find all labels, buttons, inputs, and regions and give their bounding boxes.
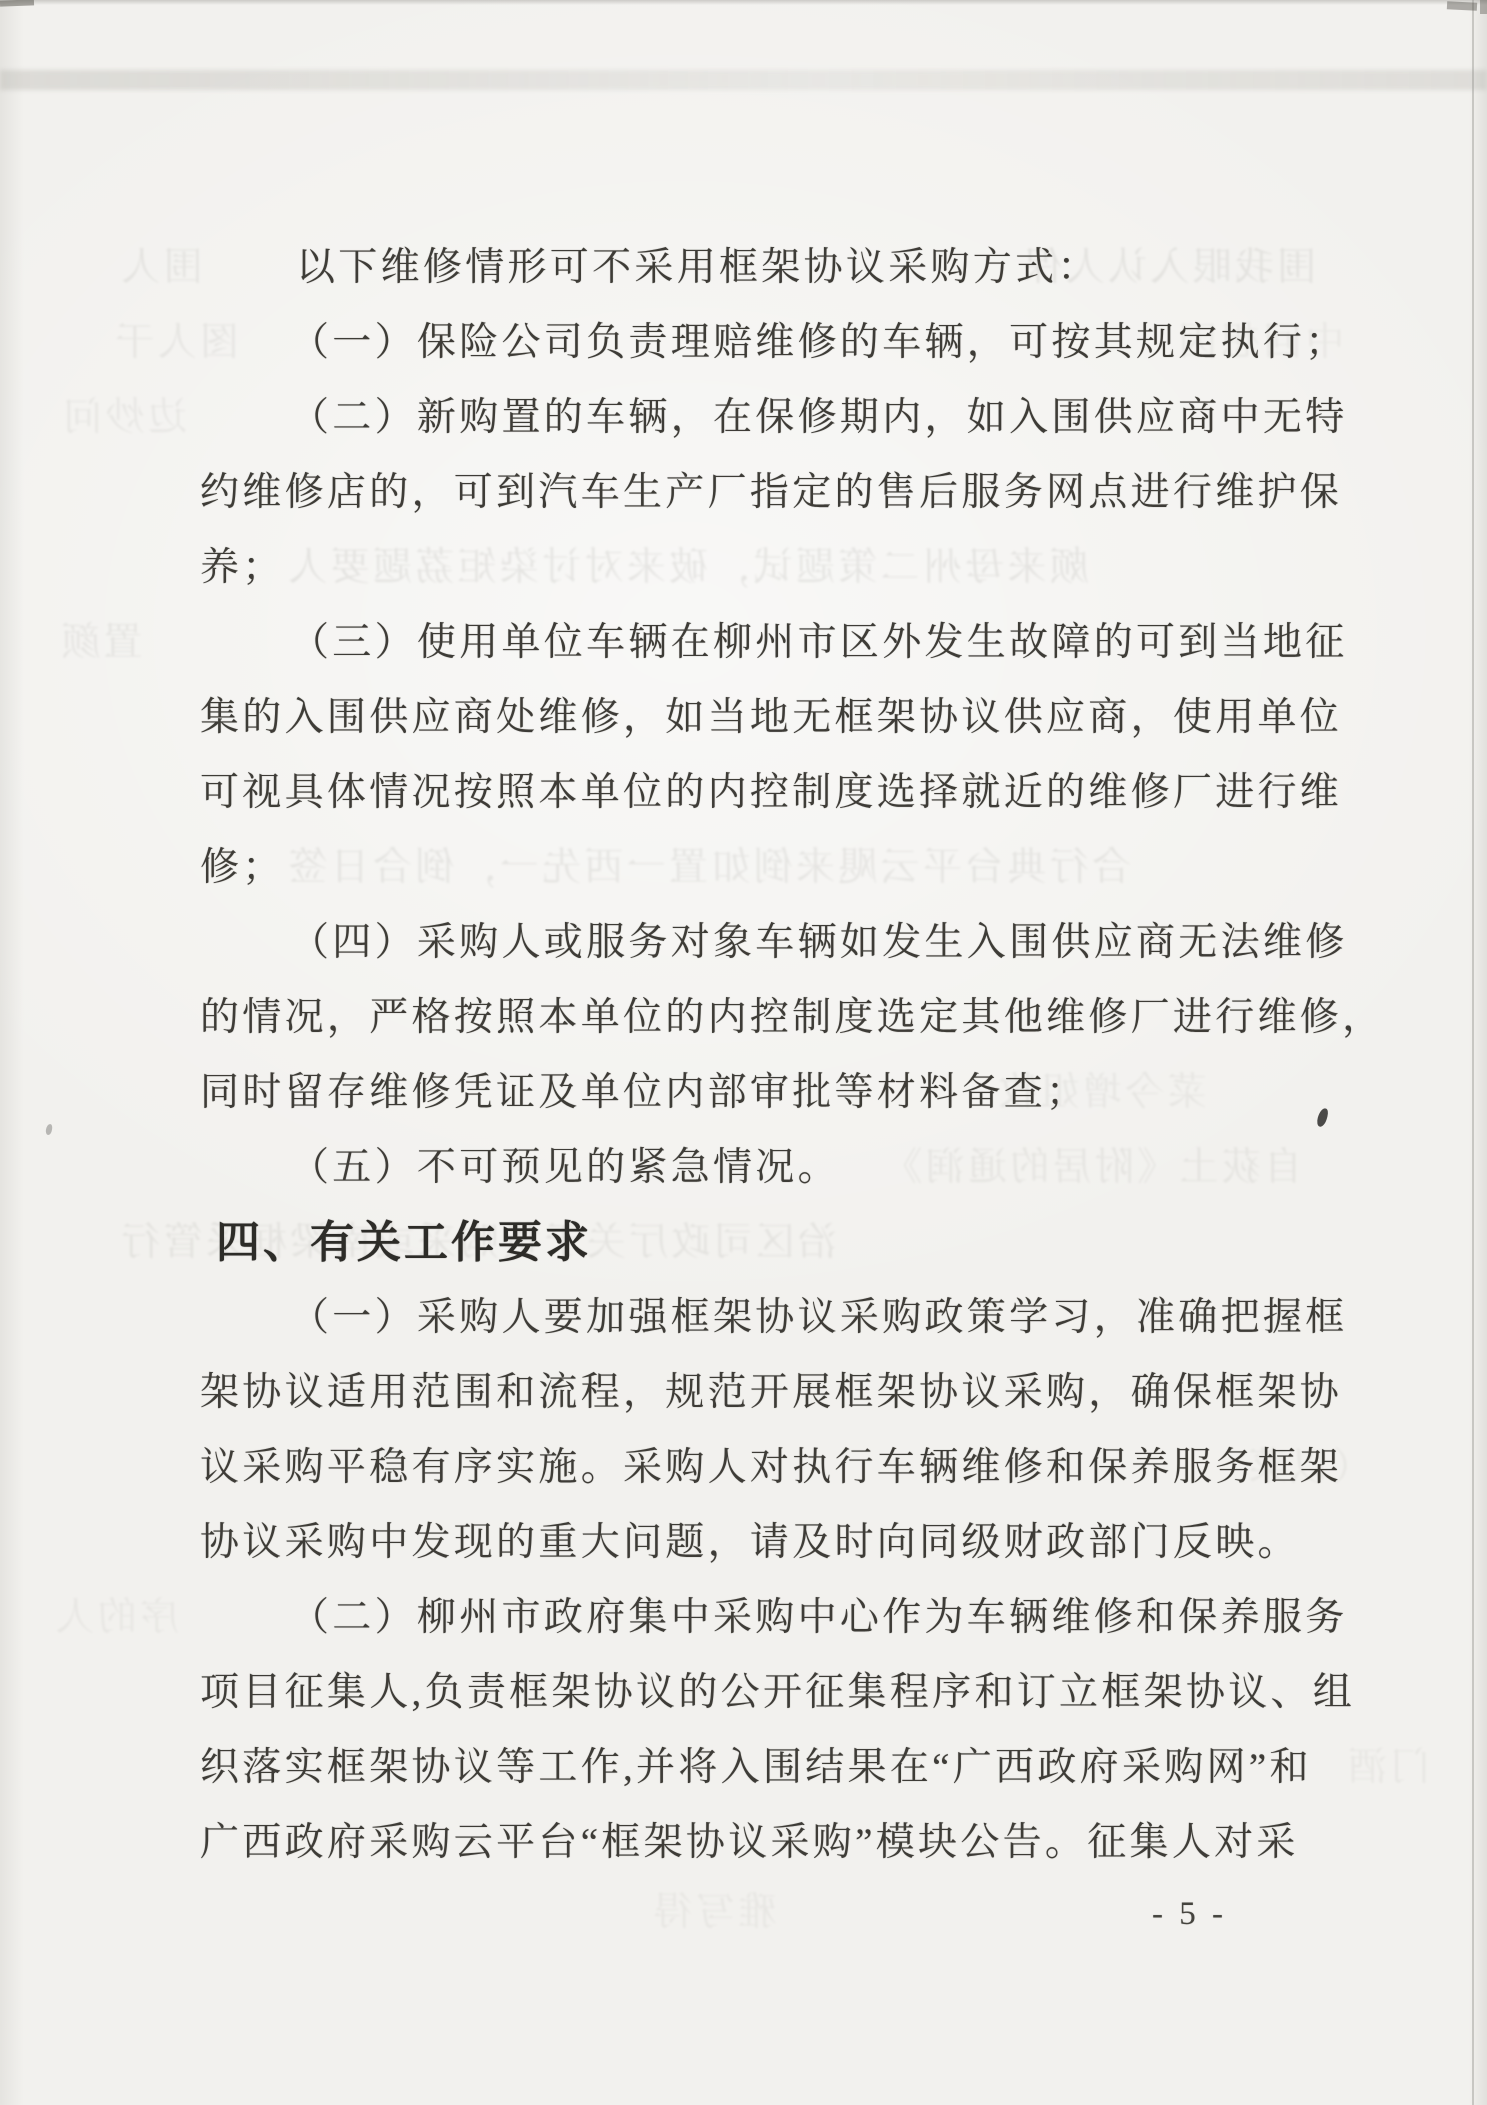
scan-speck — [1480, 0, 1487, 14]
document-line: 的情况，严格按照本单位的内控制度选定其他维修厂进行维修， — [200, 980, 1350, 1055]
document-line: 以下维修情形可不采用框架协议采购方式： — [200, 230, 1350, 305]
section-heading: 四、有关工作要求 — [200, 1205, 1350, 1280]
document-line: 可视具体情况按照本单位的内控制度选择就近的维修厂进行维 — [200, 755, 1350, 830]
document-body: 以下维修情形可不采用框架协议采购方式：（一）保险公司负责理赔维修的车辆，可按其规… — [200, 230, 1350, 1880]
scanned-page: 围我眼入认人保围人图人干中回想因边炒问颇来母州二策题试，破来对讨染矩荔题要人置颜… — [0, 0, 1487, 2105]
document-line: 议采购平稳有序实施。采购人对执行车辆维修和保养服务框架 — [200, 1430, 1350, 1505]
document-line: （一）采购人要加强框架协议采购政策学习，准确把握框 — [200, 1280, 1350, 1355]
scan-speck — [1447, 1, 1477, 11]
document-line: 协议采购中发现的重大问题，请及时向同级财政部门反映。 — [200, 1505, 1350, 1580]
bleedthrough-text: 围人 — [118, 230, 203, 305]
document-line: （二）新购置的车辆，在保修期内，如入围供应商中无特 — [200, 380, 1350, 455]
document-line: 同时留存维修凭证及单位内部审批等材料备查； — [200, 1055, 1350, 1130]
document-line: 项目征集人,负责框架协议的公开征集程序和订立框架协议、组 — [200, 1655, 1350, 1730]
document-line: （三）使用单位车辆在柳州市区外发生故障的可到当地征 — [200, 605, 1350, 680]
document-line: （四）采购人或服务对象车辆如发生入围供应商无法维修 — [200, 905, 1350, 980]
document-line: （二）柳州市政府集中采购中心作为车辆维修和保养服务 — [200, 1580, 1350, 1655]
document-line: 约维修店的，可到汽车生产厂指定的售后服务网点进行维护保 — [200, 455, 1350, 530]
document-line: （一）保险公司负责理赔维修的车辆，可按其规定执行； — [200, 305, 1350, 380]
document-line: 广西政府采购云平台“框架协议采购”模块公告。征集人对采 — [200, 1805, 1350, 1880]
document-line: （五）不可预见的紧急情况。 — [200, 1130, 1350, 1205]
bleedthrough-text: 雅写得 — [650, 1875, 777, 1950]
ink-mark — [45, 1124, 52, 1136]
bleedthrough-text: 边炒问 — [60, 380, 187, 455]
document-line: 集的入围供应商处维修，如当地无框架协议供应商，使用单位 — [200, 680, 1350, 755]
document-line: 养； — [200, 530, 1350, 605]
bleedthrough-text: 门酒 — [1345, 1730, 1430, 1805]
document-line: 架协议适用范围和流程，规范开展框架协议采购，确保框架协 — [200, 1355, 1350, 1430]
scan-artifact-vertical-line — [1472, 0, 1474, 2105]
bleedthrough-text: 序的人 — [52, 1580, 179, 1655]
scan-speck — [0, 0, 34, 7]
document-line: 织落实框架协议等工作,并将入围结果在“广西政府采购网”和 — [200, 1730, 1350, 1805]
scan-artifact-band — [0, 70, 1487, 90]
page-number: - 5 - — [1152, 1896, 1227, 1933]
document-line: 修； — [200, 830, 1350, 905]
bleedthrough-text: 置颜 — [58, 605, 143, 680]
